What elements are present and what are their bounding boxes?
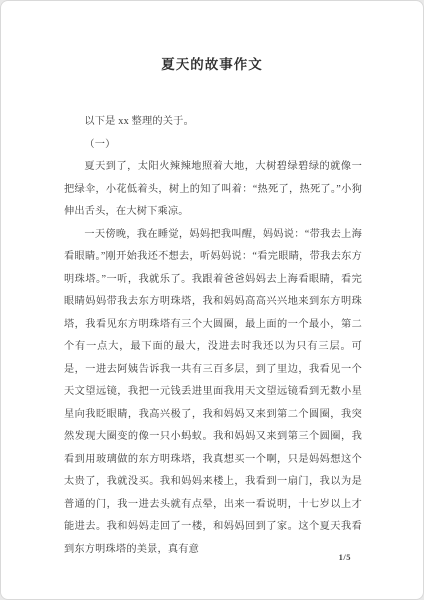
document-viewer-canvas: 夏天的故事作文 以下是 xx 整理的关于。 （一） 夏天到了，太阳火辣辣地照着大…	[0, 0, 424, 600]
document-body: 以下是 xx 整理的关于。 （一） 夏天到了，太阳火辣辣地照着大地，大树碧绿碧绿…	[64, 111, 362, 561]
document-title: 夏天的故事作文	[1, 57, 423, 73]
page-number: 1/5	[339, 552, 351, 562]
intro-paragraph: 以下是 xx 整理的关于。	[64, 111, 362, 134]
section-marker: （一）	[64, 134, 362, 157]
document-page: 夏天的故事作文 以下是 xx 整理的关于。 （一） 夏天到了，太阳火辣辣地照着大…	[0, 0, 424, 600]
body-paragraph-2: 一天傍晚，我在睡觉，妈妈把我叫醒，妈妈说：“带我去上海看眼睛。”刚开始我还不想去…	[64, 224, 362, 562]
body-paragraph-1: 夏天到了，太阳火辣辣地照着大地，大树碧绿碧绿的就像一把绿伞，小花低着头，树上的知…	[64, 156, 362, 224]
